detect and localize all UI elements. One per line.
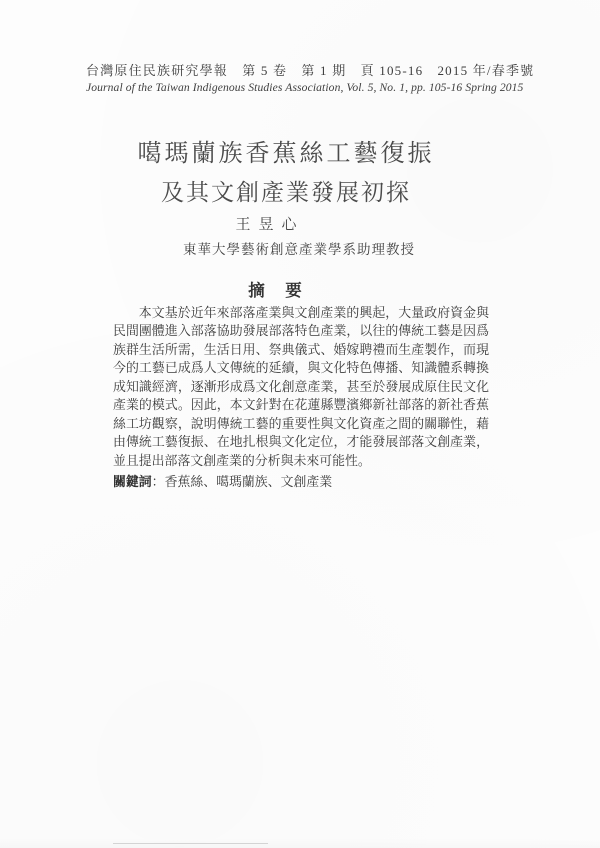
keywords-value: 香蕉絲、噶瑪蘭族、文創產業 — [165, 475, 333, 489]
keywords-label: 關鍵詞 — [113, 475, 152, 489]
article-title-line1: 噶瑪蘭族香蕉絲工藝復振 — [0, 133, 572, 168]
journal-header-english: Journal of the Taiwan Indigenous Studies… — [86, 81, 556, 94]
keywords-separator: ： — [152, 475, 165, 489]
scan-edge-shading — [0, 838, 600, 848]
running-head: 台灣原住民族研究學報 第 5 卷 第 1 期 頁 105-16 2015 年/春… — [86, 60, 556, 94]
article-title: 噶瑪蘭族香蕉絲工藝復振 及其文創產業發展初探 — [0, 133, 572, 207]
keywords-line: 關鍵詞：香蕉絲、噶瑪蘭族、文創產業 — [113, 471, 493, 490]
scanned-page: 台灣原住民族研究學報 第 5 卷 第 1 期 頁 105-16 2015 年/春… — [0, 0, 600, 848]
author-name: 王昱心 — [0, 213, 540, 234]
abstract-paragraph: 本文基於近年來部落產業與文創產業的興起，大量政府資金與民間團體進入部落協助發展部… — [113, 304, 489, 470]
author-affiliation: 東華大學藝術創意產業學系助理教授 — [0, 238, 598, 258]
journal-header-chinese: 台灣原住民族研究學報 第 5 卷 第 1 期 頁 105-16 2015 年/春… — [86, 60, 556, 79]
article-title-line2: 及其文創產業發展初探 — [0, 174, 572, 207]
abstract-heading: 摘 要 — [0, 277, 552, 301]
